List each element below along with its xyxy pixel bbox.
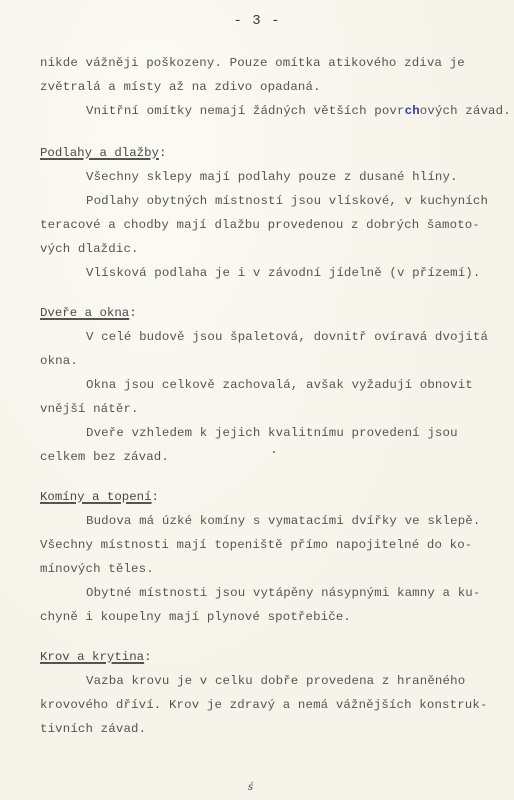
page-number: - 3 - [0, 13, 514, 29]
text-line: Všechny sklepy mají podlahy pouze z dusa… [86, 170, 458, 184]
text-line: krovového dříví. Krov je zdravý a nemá v… [40, 698, 488, 712]
text-line: V celé budově jsou špaletová, dovnitř ov… [86, 330, 488, 344]
text-line: Všechny místnosti mají topeniště přímo n… [40, 538, 472, 552]
text-line: Budova má úzké komíny s vymatacími dvířk… [86, 514, 480, 528]
text-line: Obytné místnosti jsou vytápěny násypnými… [86, 586, 480, 600]
text-line: zvětralá a místy až na zdivo opadaná. [40, 80, 321, 94]
text-line: nikde vážněji poškozeny. Pouze omítka at… [40, 56, 465, 70]
text-line: mínových těles. [40, 562, 154, 576]
text-fragment: Vnitřní omítky nemají žádných větších po… [86, 104, 405, 118]
text-line: chyně i koupelny mají plynové spotřebiče… [40, 610, 351, 624]
text-line: vnější nátěr. [40, 402, 139, 416]
text-line: celkem bez závad. [40, 450, 169, 464]
ink-speck [273, 451, 275, 453]
section-heading-chimneys-heating: Komíny a topení: [40, 490, 159, 504]
text-line: Dveře vzhledem k jejich kvalitnímu prove… [86, 426, 458, 440]
document-page: - 3 - nikde vážněji poškozeny. Pouze omí… [0, 0, 514, 800]
text-line: Okna jsou celkově zachovalá, avšak vyžad… [86, 378, 473, 392]
handwritten-correction: ch [405, 104, 420, 118]
text-line-with-correction: Vnitřní omítky nemají žádných větších po… [86, 104, 511, 118]
text-line: Vlísková podlaha je i v závodní jídelně … [86, 266, 480, 280]
text-line: vých dlaždic. [40, 242, 139, 256]
text-line: Podlahy obytných místností jsou vlískové… [86, 194, 488, 208]
section-heading-doors-windows: Dveře a okna: [40, 306, 137, 320]
text-fragment: ových závad. [420, 104, 511, 118]
section-heading-roof: Krov a krytina: [40, 650, 152, 664]
text-line: teracové a chodby mají dlažbu provedenou… [40, 218, 480, 232]
section-heading-floors: Podlahy a dlažby: [40, 146, 166, 160]
footer-mark: ś [248, 782, 253, 793]
text-line: Vazba krovu je v celku dobře provedena z… [86, 674, 465, 688]
text-line: okna. [40, 354, 78, 368]
text-line: tivních závad. [40, 722, 146, 736]
